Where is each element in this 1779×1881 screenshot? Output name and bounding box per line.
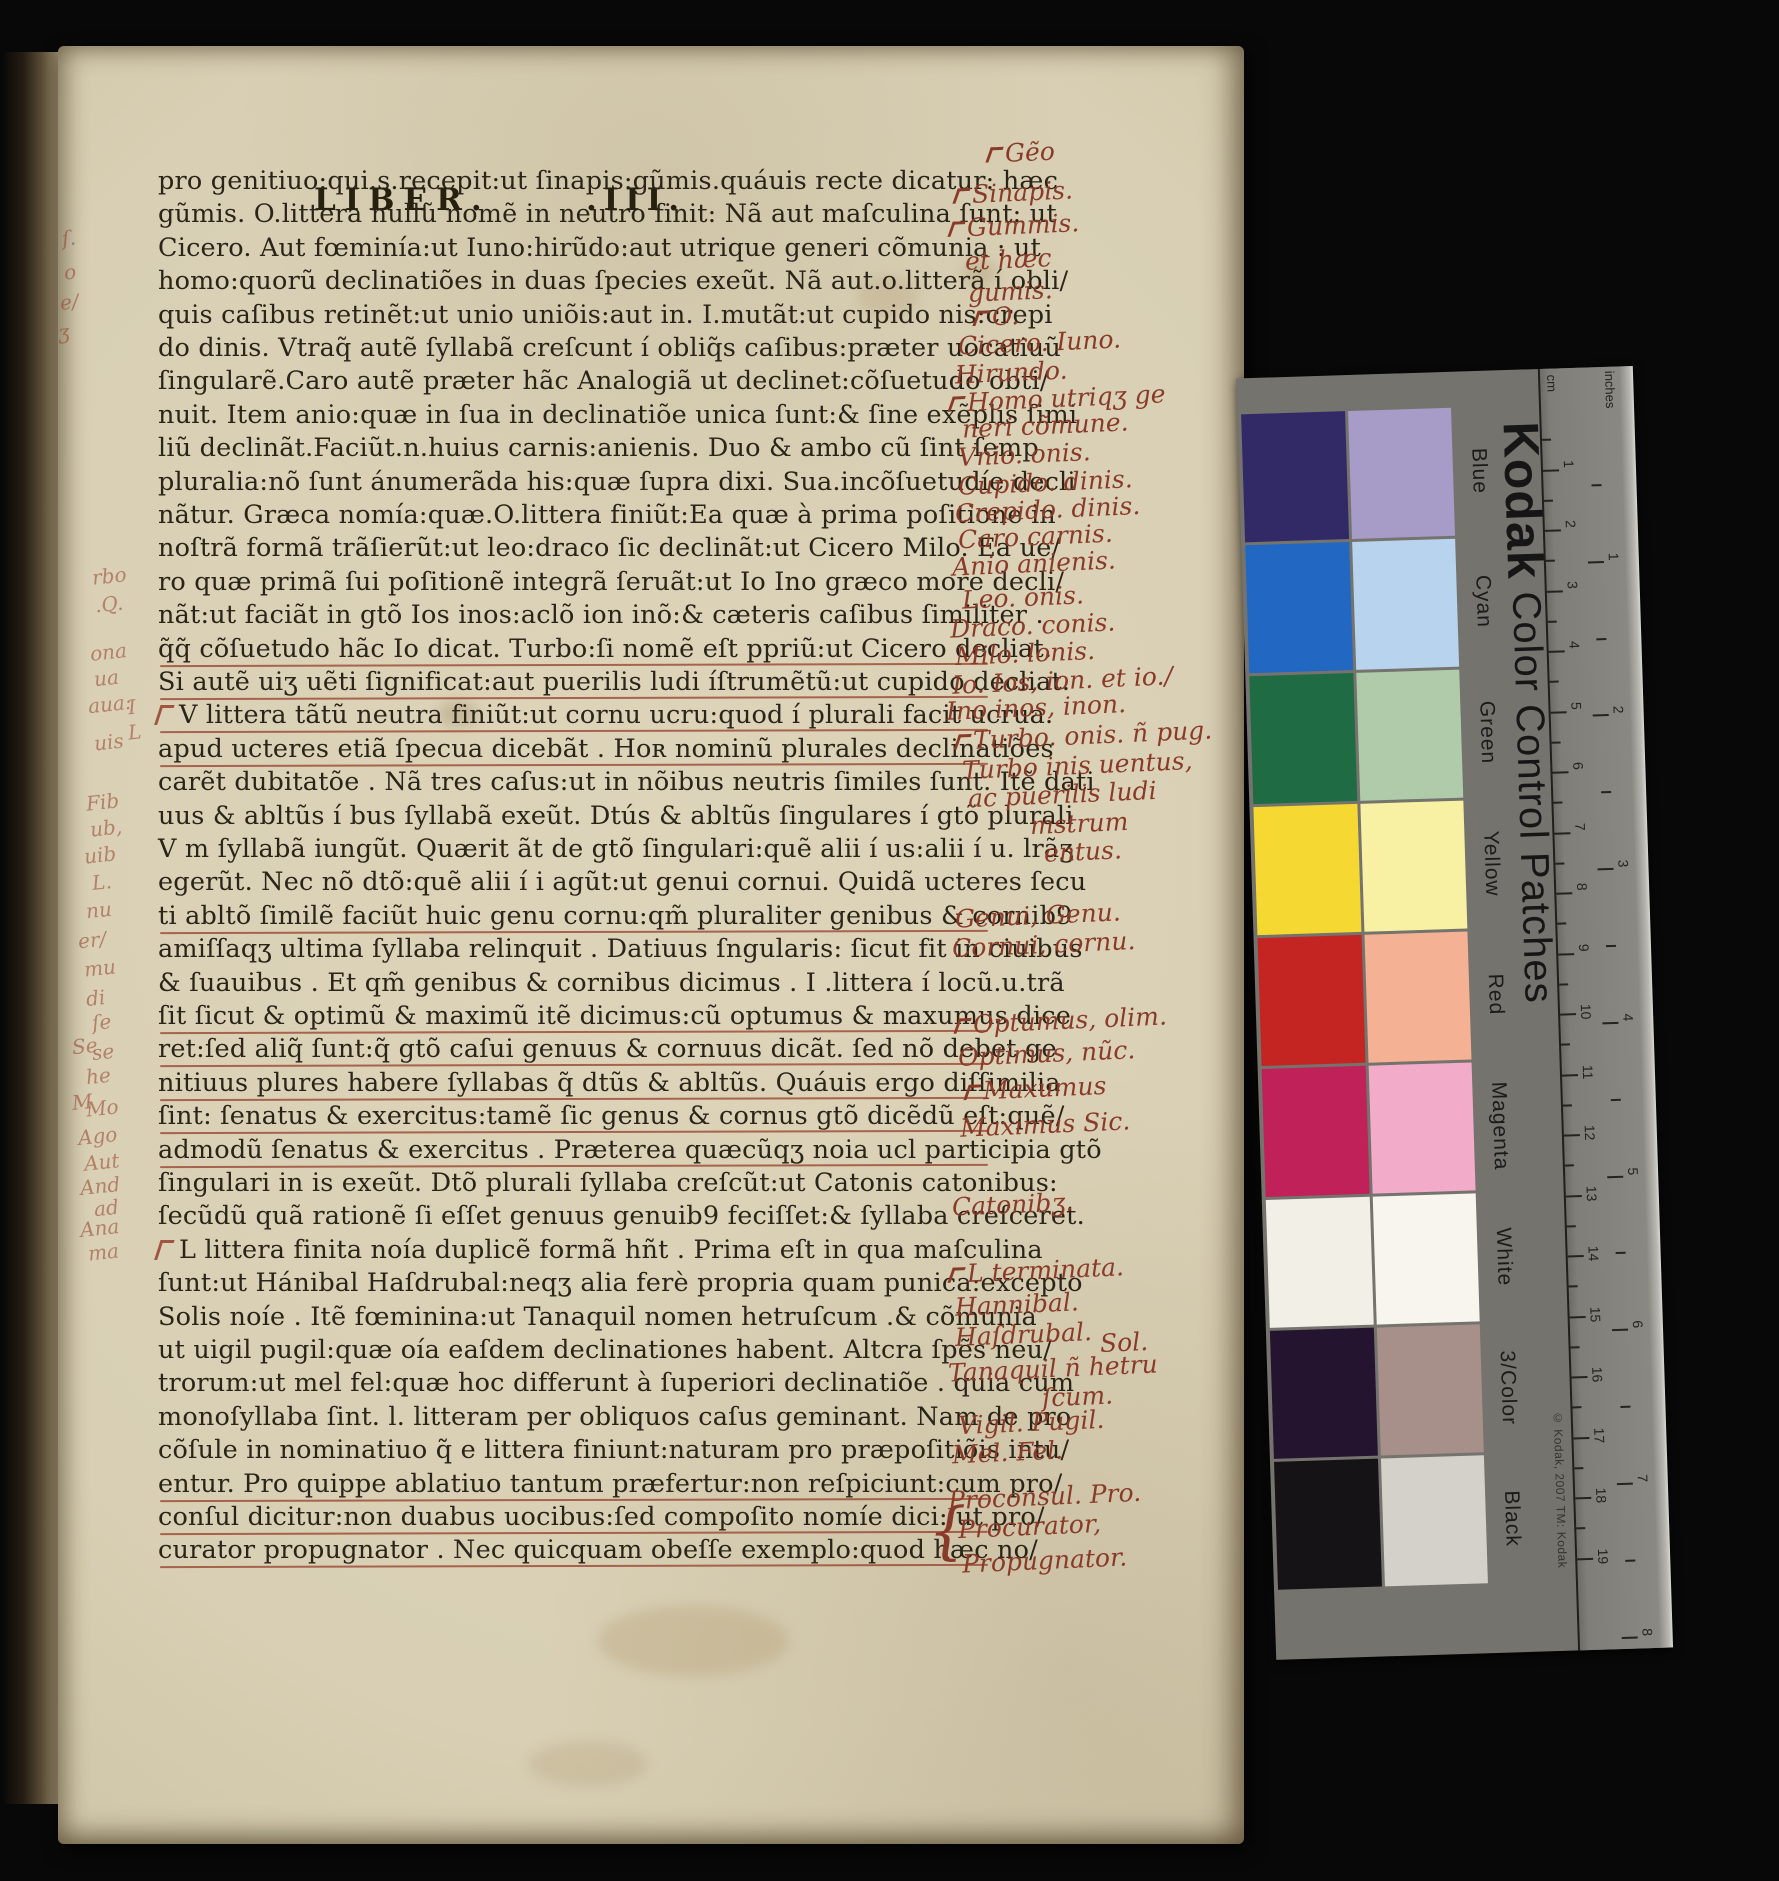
text-line: homo:quorũ declinatiões in duas ſpecies …	[158, 265, 1018, 297]
scanned-book-photograph: LIBER. .III. pro genitiuo:qui.s.recepit:…	[0, 0, 1779, 1881]
inch-number: 6	[1630, 1320, 1646, 1328]
cm-number: 6	[1570, 762, 1586, 770]
cm-number: 19	[1595, 1548, 1611, 1564]
cm-half-tick	[1542, 439, 1551, 441]
annotation-flag-mark	[985, 147, 1003, 163]
cm-number: 4	[1566, 641, 1582, 649]
paper-stain	[598, 1606, 788, 1676]
cm-tick	[1551, 711, 1567, 714]
text-line: egerũt. Nec nõ dtõ:quẽ alii í i agũt:ut …	[158, 866, 1018, 898]
ruler-tick-marks: 1234567891011121314151617181912345678	[1540, 366, 1633, 369]
faint-marginalia: mu	[83, 956, 117, 979]
patch-label: Cyan	[1459, 538, 1497, 667]
margin-annotation: Propugnator.	[962, 1544, 1128, 1576]
cm-tick	[1554, 832, 1570, 835]
text-line: liũ declinãt.Faciũt.n.huius carnis:anien…	[158, 432, 1018, 464]
color-patch-light-yellow	[1360, 801, 1467, 932]
text-line: ſint: ſenatus & exercitus:tamẽ ſic genus…	[158, 1100, 1018, 1132]
inch-half-tick	[1616, 1252, 1626, 1254]
color-patch-strong-red	[1258, 935, 1366, 1066]
text-line: ret:ſed aliq̃ ſunt:q̃ gtõ caſui genuus &…	[158, 1033, 1018, 1065]
cm-number: 15	[1587, 1306, 1603, 1322]
text-line: Solis noíe . Itẽ fœminina:ut Tanaquil no…	[158, 1301, 1018, 1333]
inch-half-tick	[1625, 1559, 1635, 1561]
text-line: Si autẽ uiʒ uẽti ſignificat:aut puerilis…	[158, 666, 1018, 698]
color-patch-light-blue	[1348, 408, 1455, 539]
cm-tick	[1549, 650, 1565, 653]
text-line: ſingulari in is exeũt. Dtõ plurali ſylla…	[158, 1167, 1018, 1199]
margin-annotation: Optumus, olim.	[956, 1003, 1168, 1037]
cm-half-tick	[1553, 802, 1562, 804]
text-line: entur. Pro quippe ablatiuo tantum præfer…	[158, 1468, 1018, 1500]
margin-annotation: Anio anienis.	[952, 547, 1117, 579]
text-line: amiſſaqʒ ultima ſyllaba relinquit . Dati…	[158, 933, 1018, 965]
cm-tick	[1547, 590, 1563, 593]
cm-tick	[1566, 1195, 1582, 1198]
faint-marginalia: Ana	[79, 1216, 120, 1240]
color-patch-strong-black	[1274, 1459, 1382, 1590]
faint-marginalia: nu	[85, 899, 113, 922]
cm-tick	[1562, 1074, 1578, 1077]
inch-number: 7	[1635, 1474, 1651, 1482]
patch-label: Green	[1463, 668, 1501, 797]
cm-half-tick	[1559, 983, 1568, 985]
cm-number: 3	[1564, 580, 1580, 588]
faint-marginalia: L.	[91, 871, 113, 893]
margin-annotation: Gummis.	[950, 210, 1080, 241]
faint-marginalia: Aut	[83, 1150, 120, 1174]
text-line: q̃q̃ cõſuetudo hãc Io dicat. Turbo:ſi no…	[158, 633, 1018, 665]
color-patch-light-black	[1381, 1455, 1488, 1586]
text-line: curator propugnator . Nec quicquam obeſſ…	[158, 1534, 1018, 1566]
color-patch-light-white	[1373, 1193, 1480, 1324]
cm-number: 18	[1593, 1487, 1609, 1503]
text-line: ſecũdũ quã rationẽ ſi eſſet genuus genui…	[158, 1200, 1018, 1232]
faint-marginalia: di	[85, 987, 106, 1009]
margin-annotation: Maxumus	[966, 1073, 1107, 1104]
faint-marginalia: .Q.	[94, 593, 124, 616]
cm-half-tick	[1550, 681, 1559, 683]
faint-marginalia: er/	[77, 929, 107, 952]
previous-page-edge	[4, 52, 58, 1804]
color-patch-light-3-color	[1377, 1324, 1484, 1455]
patch-label: Black	[1488, 1454, 1526, 1583]
cm-tick	[1556, 892, 1572, 895]
cm-half-tick	[1555, 862, 1564, 864]
annotation-flag-mark	[953, 1018, 971, 1034]
inch-number: 8	[1639, 1628, 1655, 1636]
margin-annotation: entus.	[1043, 837, 1122, 865]
text-line: ſunt:ut Hánibal Haſdrubal:neqʒ alia ferè…	[158, 1267, 1018, 1299]
margin-annotation: mstrum	[1030, 809, 1129, 838]
faint-marginalia: L	[127, 721, 142, 742]
margin-annotation: Ino inos, inon.	[946, 691, 1127, 724]
cm-half-tick	[1561, 1044, 1570, 1046]
faint-marginalia: rbo	[91, 564, 127, 587]
text-line: ſingularẽ.Caro autẽ præter hãc Analogiã …	[158, 365, 1018, 397]
text-line: apud ucteres etiã ſpecua dicebãt . Hoʀ n…	[158, 733, 1018, 765]
book-page: LIBER. .III. pro genitiuo:qui.s.recepit:…	[58, 46, 1244, 1844]
faint-marginalia: se	[91, 1041, 115, 1063]
margin-annotation: Vnio. onis.	[958, 439, 1092, 470]
cm-number: 8	[1574, 883, 1590, 891]
text-line: nitiuus plures habere ſyllabas q̃ dtũs &…	[158, 1067, 1018, 1099]
text-line: nãt:ut faciãt in gtõ Ios inos:aclõ ion i…	[158, 599, 1018, 631]
margin-annotation: et hæc	[964, 245, 1051, 274]
faint-marginalia: ſe	[91, 1011, 112, 1033]
faint-marginalia: he	[85, 1065, 112, 1087]
text-line: pluralia:nõ ſunt ánumerãda his:quæ ſupra…	[158, 466, 1018, 498]
color-patch-strong-cyan	[1245, 542, 1353, 673]
margin-annotation: Sinapis.	[955, 177, 1074, 207]
margin-annotation: Gẽo	[987, 139, 1055, 167]
cm-tick	[1577, 1557, 1593, 1560]
margin-annotation: Cornui, cornu.	[952, 928, 1136, 961]
kodak-color-control-card: BlueCyanGreenYellowRedMagentaWhite3/Colo…	[1236, 366, 1671, 1660]
cm-half-tick	[1565, 1165, 1574, 1167]
cm-half-tick	[1571, 1346, 1580, 1348]
cm-tick	[1575, 1497, 1591, 1500]
faint-marginalia: ma	[87, 1240, 120, 1263]
color-patch-light-magenta	[1369, 1062, 1476, 1193]
text-line: ro quæ primã ſui poſitionẽ integrã ſeruã…	[158, 566, 1018, 598]
margin-annotation: O.	[974, 303, 1019, 330]
cm-number: 17	[1591, 1427, 1607, 1443]
color-patch-light-red	[1364, 932, 1471, 1063]
inch-half-tick	[1606, 945, 1616, 947]
cm-number: 7	[1572, 822, 1588, 830]
margin-annotation: Proconsul. Pro.	[948, 1480, 1142, 1513]
margin-annotation: Haſdrubal.	[955, 1319, 1093, 1350]
rubric-paragraph-mark	[154, 1240, 174, 1260]
text-line: ti abltõ ſimilẽ faciũt huic genu cornu:q…	[158, 900, 1018, 932]
ruler-inches-label: inches	[1602, 371, 1618, 409]
text-line: gũmis. O.littera nullũ nomẽ in neutro fi…	[158, 198, 1018, 230]
text-line: ut uigil pugil:quæ oía eaſdem declinatio…	[158, 1334, 1018, 1366]
cm-half-tick	[1557, 923, 1566, 925]
cm-half-tick	[1567, 1225, 1576, 1227]
cm-number: 12	[1582, 1125, 1598, 1141]
color-patch-light-cyan	[1352, 539, 1459, 670]
ruler-cm-label: cm	[1544, 374, 1560, 392]
faint-marginalia: e/	[59, 291, 80, 313]
margin-annotation: Hirundo.	[955, 358, 1068, 388]
cm-half-tick	[1552, 741, 1561, 743]
inch-tick	[1622, 1636, 1638, 1639]
text-line: do dinis. Vtraq̃ autẽ ſyllabã creſcunt í…	[158, 332, 1018, 364]
patch-label: Yellow	[1467, 799, 1505, 928]
faint-marginalia: Fib	[85, 790, 120, 813]
cm-tick	[1568, 1255, 1584, 1258]
text-line: monoſyllaba ſint. l. litteram per obliqu…	[158, 1401, 1018, 1433]
cm-tick	[1573, 1436, 1589, 1439]
text-line: ſit ſicut & optimũ & maximũ itẽ dicimus:…	[158, 1000, 1018, 1032]
patch-label: Magenta	[1476, 1061, 1514, 1190]
inch-tick	[1602, 1022, 1618, 1025]
margin-annotation: L terminata.	[950, 1254, 1125, 1287]
card-copyright-text: © Kodak, 2007 TM: Kodak	[1551, 1411, 1570, 1569]
margin-annotation: Optimus, nũc.	[958, 1037, 1136, 1070]
faint-marginalia: ona	[89, 640, 128, 664]
patch-label: Red	[1471, 930, 1509, 1059]
faint-marginalia: ʒ	[57, 321, 70, 342]
cm-half-tick	[1548, 620, 1557, 622]
color-patch-strong-3-color	[1270, 1328, 1378, 1459]
annotation-flag-mark	[952, 188, 970, 204]
inch-number: 1	[1606, 552, 1622, 560]
faint-marginalia: Ago	[77, 1124, 118, 1148]
margin-annotation: Procurator,	[958, 1511, 1102, 1542]
faint-marginalia: I	[127, 697, 137, 718]
color-patch-strong-green	[1249, 673, 1357, 804]
color-patch-light-green	[1356, 670, 1463, 801]
cm-number: 5	[1568, 701, 1584, 709]
color-patch-strong-white	[1266, 1197, 1374, 1328]
text-line: uus & abltũs í bus ſyllabã exeũt. Dtús &…	[158, 800, 1018, 832]
text-line: nãtur. Græca nomía:quæ.O.littera finiũt:…	[158, 499, 1018, 531]
cm-tick	[1543, 469, 1559, 472]
cm-half-tick	[1563, 1104, 1572, 1106]
text-line: admodũ ſenatus & exercitus . Præterea qu…	[158, 1134, 1018, 1166]
annotation-flag-mark	[963, 1084, 981, 1100]
text-line: cõſule in nominatiuo q̃ e littera finiun…	[158, 1434, 1018, 1466]
cm-tick	[1558, 953, 1574, 956]
margin-annotation: neri cõmune.	[962, 409, 1129, 441]
inch-number: 5	[1625, 1167, 1641, 1175]
cm-tick	[1560, 1013, 1576, 1016]
inch-number: 3	[1615, 859, 1631, 867]
inch-tick	[1612, 1329, 1628, 1332]
patch-label: Blue	[1455, 407, 1493, 536]
text-line: Cicero. Aut fœminía:ut Iuno:hirũdo:aut u…	[158, 232, 1018, 264]
margin-annotation: Catonibʒ.	[952, 1189, 1074, 1219]
text-line: L littera finita noía duplicẽ formã hñt …	[158, 1234, 1018, 1266]
cm-number: 13	[1583, 1185, 1599, 1201]
cm-number: 11	[1580, 1064, 1596, 1079]
text-line: V littera tãtũ neutra finiũt:ut cornu uc…	[158, 699, 1018, 731]
color-patch-strong-magenta	[1262, 1066, 1370, 1197]
text-line: nuit. Item anio:quæ in ſua in declinatiõ…	[158, 399, 1018, 431]
faint-marginalia: ſ.	[61, 227, 77, 248]
cm-number: 9	[1576, 943, 1592, 951]
faint-marginalia: ua	[93, 667, 120, 689]
cm-tick	[1552, 771, 1568, 774]
cm-half-tick	[1572, 1406, 1581, 1408]
inch-half-tick	[1596, 638, 1606, 640]
color-patch-strong-yellow	[1253, 804, 1361, 935]
faint-marginalia: uis	[93, 731, 124, 754]
annotation-flag-mark	[953, 734, 971, 750]
cm-number: 2	[1563, 520, 1579, 528]
cm-number: 1	[1561, 459, 1577, 467]
inch-half-tick	[1591, 484, 1601, 486]
margin-annotation: Cicero. Iuno.	[958, 326, 1122, 358]
patch-label: White	[1480, 1192, 1518, 1321]
margin-annotation: Milo. lonis.	[955, 638, 1096, 669]
inch-half-tick	[1601, 791, 1611, 793]
text-line: carẽt dubitatõe . Nã tres caſus:ut in nõ…	[158, 766, 1018, 798]
cm-tick	[1570, 1316, 1586, 1319]
cm-half-tick	[1544, 499, 1553, 501]
margin-annotation: Hannibal.	[955, 1289, 1080, 1319]
text-line: pro genitiuo:qui.s.recepit:ut ſinapis:gũ…	[158, 165, 1018, 197]
text-line: conſul dicitur:non duabus uocibus:ſed co…	[158, 1501, 1018, 1533]
color-patch-strong-blue	[1241, 411, 1349, 542]
inch-tick	[1593, 714, 1609, 717]
inch-number: 4	[1620, 1013, 1636, 1021]
text-line: & ſuauibus . Et qm̃ genibus & cornibus d…	[158, 967, 1018, 999]
cm-number: 10	[1578, 1004, 1594, 1020]
inch-half-tick	[1611, 1098, 1621, 1100]
inch-tick	[1607, 1175, 1623, 1178]
cm-half-tick	[1569, 1285, 1578, 1287]
cm-number: 14	[1585, 1245, 1601, 1261]
cm-half-tick	[1546, 560, 1555, 562]
cm-tick	[1564, 1134, 1580, 1137]
cm-tick	[1571, 1376, 1587, 1379]
faint-marginalia: aua:	[87, 692, 132, 716]
cm-half-tick	[1574, 1467, 1583, 1469]
cm-half-tick	[1576, 1527, 1585, 1529]
inch-tick	[1588, 561, 1604, 564]
cm-tick	[1545, 529, 1561, 532]
annotation-flag-mark	[972, 310, 990, 326]
faint-marginalia: uib	[83, 843, 117, 866]
annotation-flag-mark	[947, 1267, 965, 1283]
margin-annotation: Vigil. Pugil.	[958, 1407, 1105, 1438]
inch-tick	[1598, 868, 1614, 871]
inch-half-tick	[1620, 1406, 1630, 1408]
margin-annotation: Mel. Fel.	[952, 1438, 1064, 1468]
inch-number: 2	[1610, 706, 1626, 714]
annotation-flag-mark	[947, 221, 965, 237]
patch-label: 3/Color	[1484, 1323, 1522, 1452]
text-line: noſtrã formã trãſierũt:ut leo:draco ſic …	[158, 532, 1018, 564]
margin-annotation: ac puerilis ludi	[968, 778, 1157, 811]
text-line: trorum:ut mel fel:quæ hoc differunt à ſu…	[158, 1367, 1018, 1399]
faint-marginalia: ub,	[89, 816, 123, 839]
paper-stain	[528, 1741, 648, 1787]
text-line: quis caſibus retinẽt:ut unio uniõis:aut …	[158, 299, 1018, 331]
margin-annotation: Maximus Sic.	[960, 1108, 1131, 1140]
inch-tick	[1617, 1482, 1633, 1485]
annotation-flag-mark	[947, 396, 965, 412]
margin-annotation: Leo. onis.	[962, 582, 1085, 612]
cm-number: 16	[1589, 1366, 1605, 1382]
faint-marginalia: Mo	[85, 1096, 119, 1119]
text-line: V m ſyllabã iungũt. Quærit ãt de gtõ ſin…	[158, 833, 1018, 865]
margin-annotation: Tanaquil ñ hetru	[948, 1351, 1159, 1385]
faint-marginalia: o	[63, 261, 77, 282]
rubric-paragraph-mark	[154, 705, 174, 725]
